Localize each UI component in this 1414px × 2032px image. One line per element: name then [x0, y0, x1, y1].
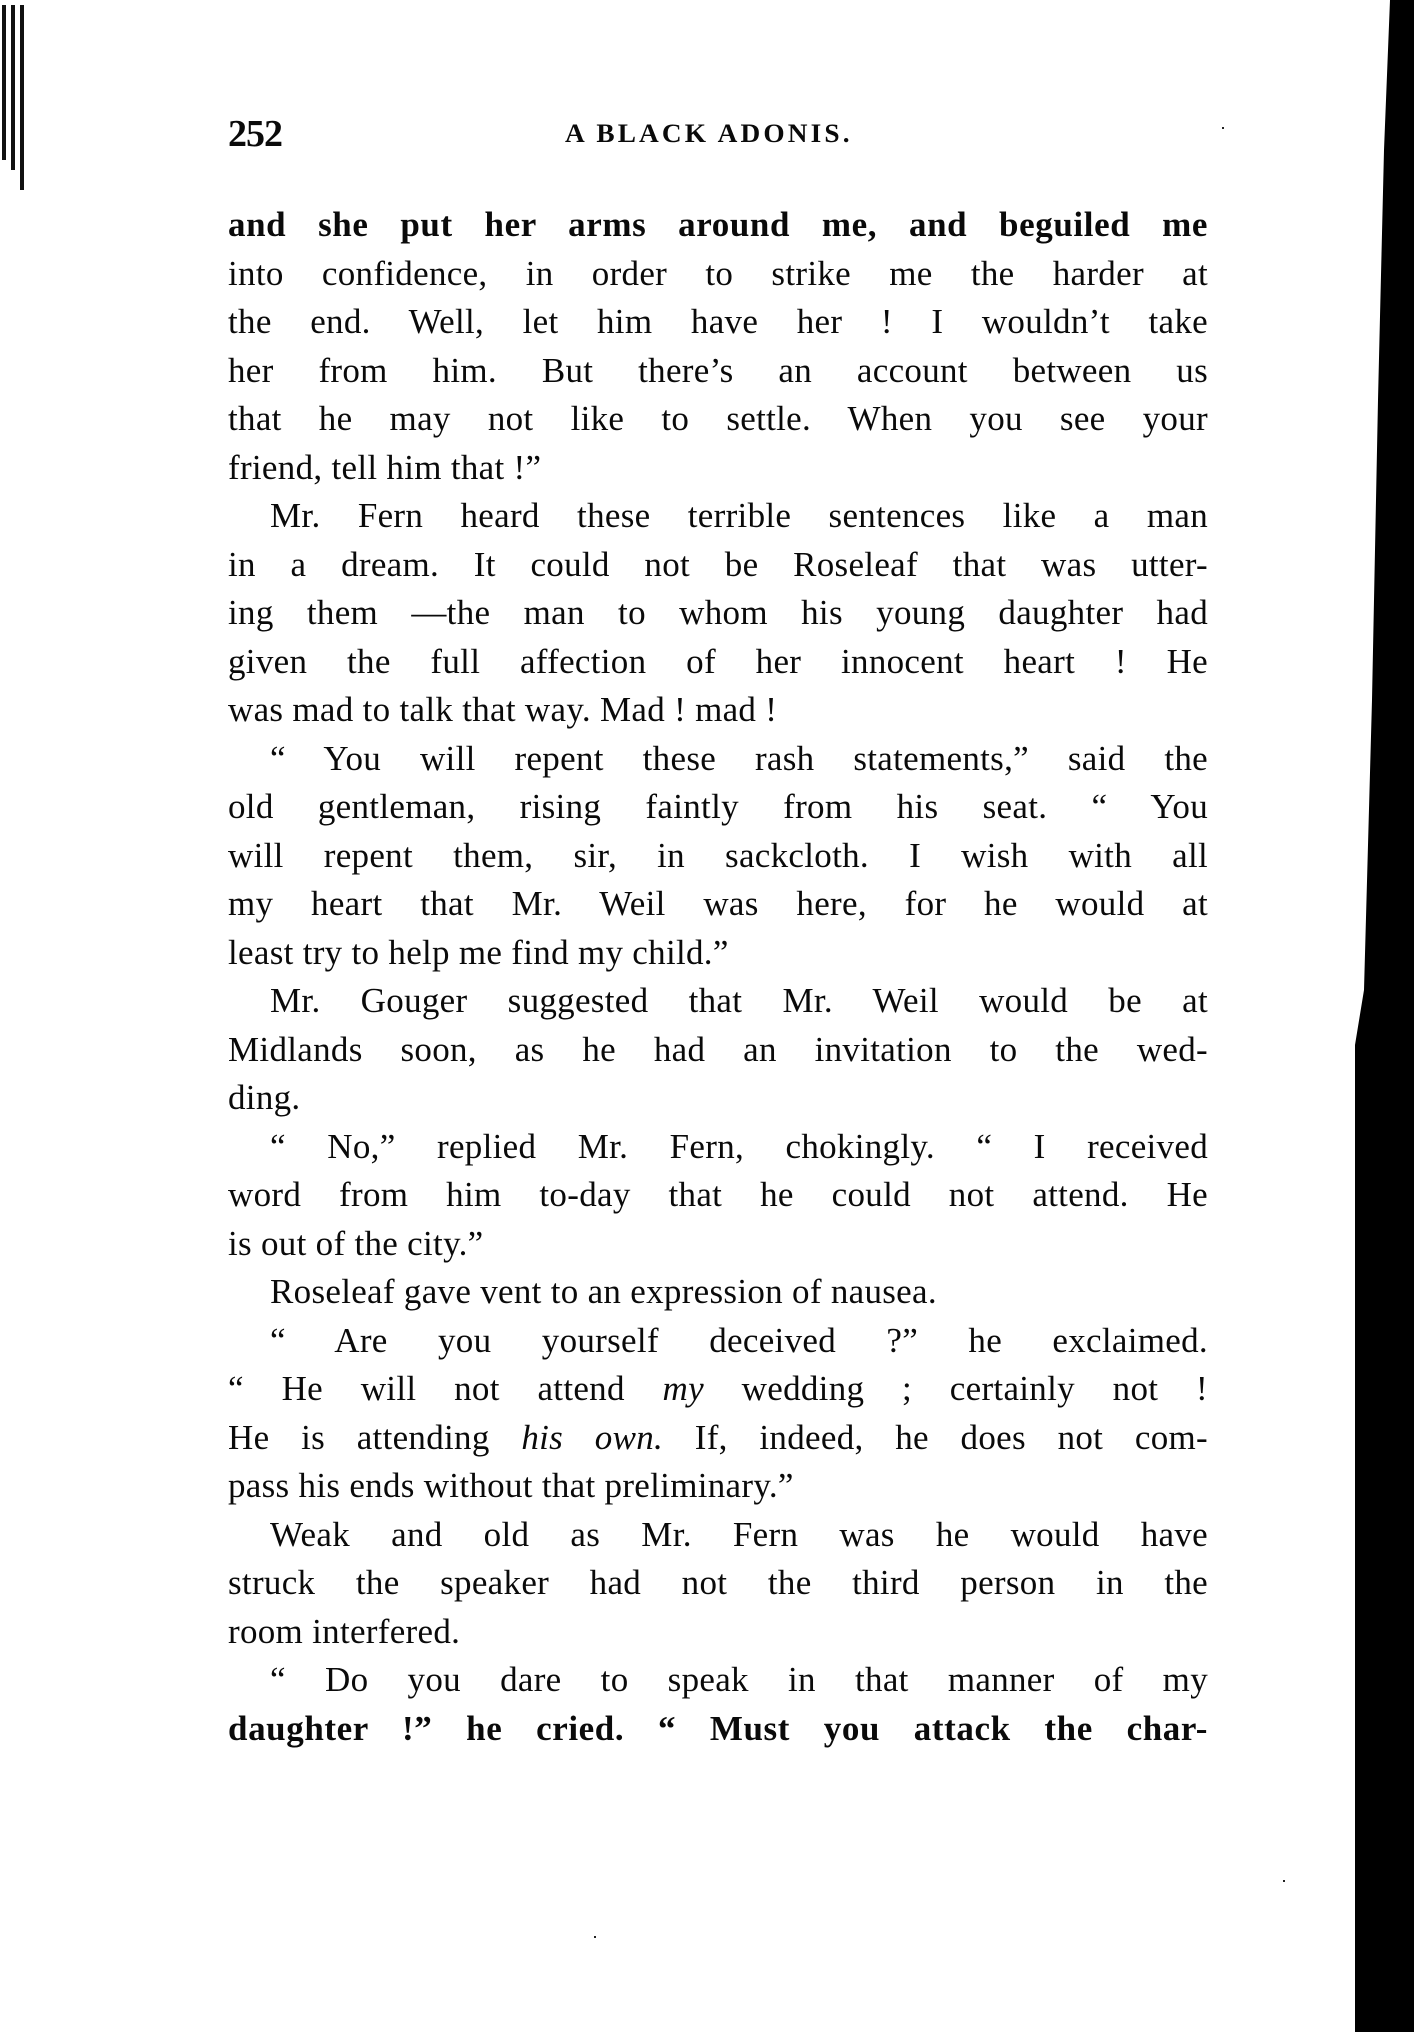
text-line: Mr. Gouger suggested that Mr. Weil would… [228, 977, 1208, 1026]
text-line: struck the speaker had not the third per… [228, 1559, 1208, 1608]
speck [594, 1936, 596, 1938]
speck [1222, 127, 1224, 129]
text-line: friend, tell him that !” [228, 444, 1208, 493]
running-head: 252 A BLACK ADONIS. [228, 112, 1208, 156]
text-line: and she put her arms around me, and begu… [228, 201, 1208, 250]
text-line: that he may not like to settle. When you… [228, 395, 1208, 444]
body-text: and she put her arms around me, and begu… [228, 201, 1208, 1753]
text-line: “ Are you yourself deceived ?” he exclai… [228, 1317, 1208, 1366]
speck [1283, 1880, 1285, 1882]
text-line: will repent them, sir, in sackcloth. I w… [228, 832, 1208, 881]
italic-emphasis: my [663, 1369, 704, 1408]
text-line: was mad to talk that way. Mad ! mad ! [228, 686, 1208, 735]
text-line: “ He will not attend my wedding ; certai… [228, 1365, 1208, 1414]
text-line: Mr. Fern heard these terrible sentences … [228, 492, 1208, 541]
text-line: given the full affection of her innocent… [228, 638, 1208, 687]
text-line: Roseleaf gave vent to an expression of n… [228, 1268, 1208, 1317]
text-line: “ No,” replied Mr. Fern, chokingly. “ I … [228, 1123, 1208, 1172]
dark-page-edge [1344, 0, 1414, 2032]
binding-edge-lines [0, 0, 30, 200]
text-line: pass his ends without that preliminary.” [228, 1462, 1208, 1511]
italic-emphasis: his own. [521, 1418, 663, 1457]
text-line: room interfered. [228, 1608, 1208, 1657]
text-line: the end. Well, let him have her ! I woul… [228, 298, 1208, 347]
text-line: Weak and old as Mr. Fern was he would ha… [228, 1511, 1208, 1560]
text-line: in a dream. It could not be Roseleaf tha… [228, 541, 1208, 590]
text-line: my heart that Mr. Weil was here, for he … [228, 880, 1208, 929]
text-line: Midlands soon, as he had an invitation t… [228, 1026, 1208, 1075]
text-line: ding. [228, 1074, 1208, 1123]
text-line: “ Do you dare to speak in that manner of… [228, 1656, 1208, 1705]
text-line: word from him to-day that he could not a… [228, 1171, 1208, 1220]
page-number: 252 [228, 112, 282, 156]
text-line: He is attending his own. If, indeed, he … [228, 1414, 1208, 1463]
text-line: least try to help me find my child.” [228, 929, 1208, 978]
text-line: daughter !” he cried. “ Must you attack … [228, 1705, 1208, 1754]
text-line: into confidence, in order to strike me t… [228, 250, 1208, 299]
running-title: A BLACK ADONIS. [565, 116, 853, 152]
text-line: her from him. But there’s an account bet… [228, 347, 1208, 396]
text-line: is out of the city.” [228, 1220, 1208, 1269]
text-line: ing them —the man to whom his young daug… [228, 589, 1208, 638]
text-line: “ You will repent these rash statements,… [228, 735, 1208, 784]
text-line: old gentleman, rising faintly from his s… [228, 783, 1208, 832]
